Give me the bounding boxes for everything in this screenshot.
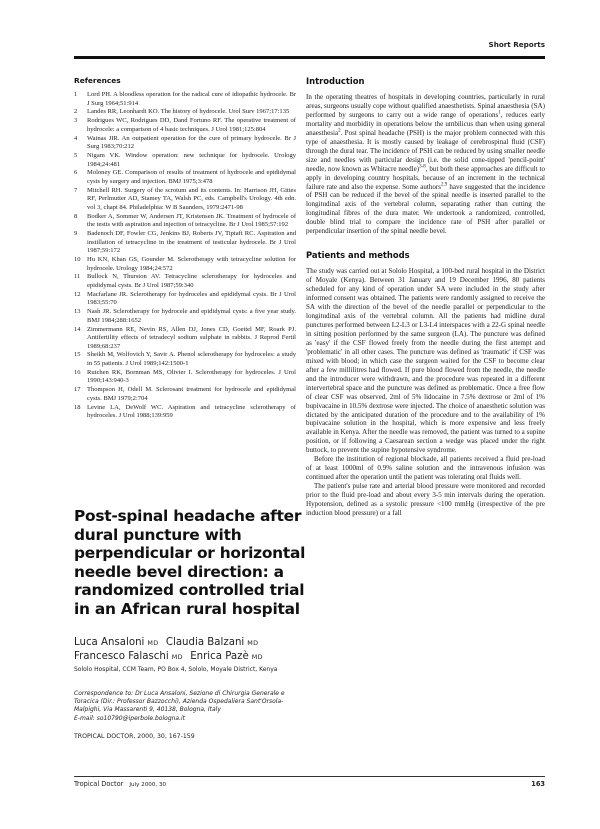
header-rule: [74, 56, 545, 59]
reference-item: 2Landes RR, Leonhardt KO. The history of…: [74, 108, 296, 117]
reference-item: 9Badenoch DF, Fowler CG, Jenkins BJ, Rob…: [74, 230, 296, 256]
reference-item: 4Wainas JIR. An outpatient operation for…: [74, 135, 296, 152]
reference-item: 1Lord PH. A bloodless operation for the …: [74, 91, 296, 108]
article-title: Post-spinal headache after dural punctur…: [74, 507, 314, 619]
references-heading: References: [74, 76, 296, 85]
body-column: Introduction In the operating theatres o…: [306, 76, 545, 518]
reference-list: 1Lord PH. A bloodless operation for the …: [74, 91, 296, 421]
reference-item: 10Hu KN, Khan GS, Gounder M. Sclerothera…: [74, 256, 296, 273]
reference-item: 6Moloney GE. Comparison of results of tr…: [74, 169, 296, 186]
journal-name: Tropical Doctor: [74, 780, 123, 788]
reference-item: 17Thompson H, Odell M. Sclerosant treatm…: [74, 386, 296, 403]
reference-item: 11Bullock N, Thurston AV. Tetracycline s…: [74, 273, 296, 290]
section-spacer: [306, 236, 545, 250]
footer-journal: Tropical DoctorJuly 2000, 30: [74, 780, 166, 788]
author-degree: MD: [247, 639, 258, 647]
author-name: Luca Ansaloni: [74, 637, 144, 648]
correspondence-label: Correspondence to:: [74, 690, 133, 697]
introduction-heading: Introduction: [306, 76, 545, 86]
page-number: 163: [505, 780, 545, 788]
reference-item: 12Macfarlane JR. Sclerotherapy for hydro…: [74, 291, 296, 308]
email-address: E-mail: so10790@iperbole.bologna.it: [74, 715, 185, 722]
reference-item: 16Rutchen RK, Bornman MS, Olivier I. Scl…: [74, 369, 296, 386]
footer-rule: [74, 776, 545, 777]
reference-item: 7Mitchell RH. Surgery of the scrotum and…: [74, 187, 296, 213]
reference-item: 18Levine LA, DeWolf WC. Aspiration and t…: [74, 404, 296, 421]
author-name: Francesco Falaschi: [74, 651, 169, 662]
author-list: Luca AnsaloniMD Claudia BalzaniMD France…: [74, 636, 304, 664]
author-degree: MD: [252, 653, 263, 661]
running-head: Short Reports: [74, 40, 545, 49]
methods-paragraph: The patient's pulse rate and arterial bl…: [306, 482, 545, 518]
reference-item: 8Bodker A, Sommer W, Andersen JT, Kriste…: [74, 213, 296, 230]
author-name: Enrica Pazè: [190, 651, 249, 662]
references-section: References 1Lord PH. A bloodless operati…: [74, 76, 296, 421]
author-name: Claudia Balzani: [166, 637, 244, 648]
issue-date: July 2000, 30: [129, 782, 166, 788]
reference-item: 3Rodrigues WC, Rodrigues DD, Dand Fortun…: [74, 117, 296, 134]
correspondence: Correspondence to: Dr Luca Ansaloni, Sez…: [74, 690, 298, 723]
reference-item: 14Zimmermann RE, Nevin RS, Allen DJ, Jon…: [74, 326, 296, 352]
methods-paragraph: The study was carried out at Sololo Hosp…: [306, 267, 545, 455]
author-degree: MD: [172, 653, 183, 661]
affiliation: Sololo Hospital, CCM Team, PO Box 4, Sol…: [74, 666, 298, 674]
reference-item: 13Nash JR. Sclerotherapy for hydrocele a…: [74, 308, 296, 325]
methods-heading: Patients and methods: [306, 250, 545, 260]
introduction-paragraph: In the operating theatres of hospitals i…: [306, 93, 545, 236]
citation-line: TROPICAL DOCTOR, 2000, 30, 167-159: [74, 733, 298, 740]
reference-item: 15Sheikh M, Wolfovich Y, Savir A. Phenol…: [74, 351, 296, 368]
reference-item: 5Nigam VK. Window operation: new techniq…: [74, 152, 296, 169]
methods-paragraph: Before the institution of regional block…: [306, 455, 545, 482]
author-degree: MD: [147, 639, 158, 647]
